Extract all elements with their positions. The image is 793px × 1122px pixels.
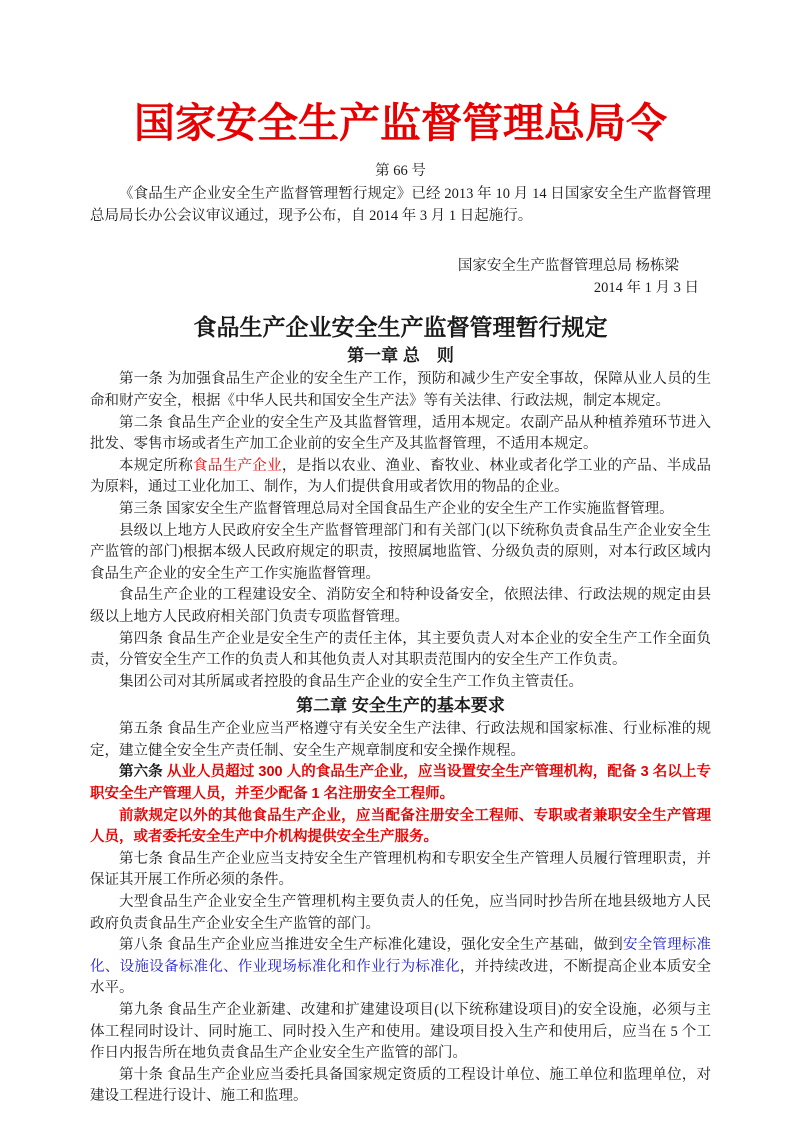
paragraph: 第五条 食品生产企业应当严格遵守有关安全生产法律、行政法规和国家标准、行业标准的… [90,719,711,762]
paragraph: 集团公司对其所属或者控股的食品生产企业的安全生产工作负主管责任。 [90,672,711,694]
body-text: 第三条 国家安全生产监督管理总局对全国食品生产企业的安全生产工作实施监督管理。 [119,501,674,517]
body-text: 第八条 食品生产企业应当推进安全生产标准化建设，强化安全生产基础，做到 [119,937,623,953]
body-text: 大型食品生产企业安全生产管理机构主要负责人的任免，应当同时抄告所在地县级地方人民… [90,894,711,932]
body-text: 第七条 食品生产企业应当支持安全生产管理机构和专职安全生产管理人员履行管理职责，… [90,851,711,889]
paragraph: 本规定所称食品生产企业，是指以农业、渔业、畜牧业、林业或者化学工业的产品、半成品… [90,456,711,499]
chapter-heading: 第二章 安全生产的基本要求 [90,694,711,718]
regulation-title: 食品生产企业安全生产监督管理暂行规定 [90,311,711,343]
paragraph: 前款规定以外的其他食品生产企业，应当配备注册安全工程师、专职或者兼职安全生产管理… [90,806,711,849]
decree-order-number: 第 66 号 [90,160,711,182]
body-text: 第一条 为加强食品生产企业的安全生产工作，预防和减少生产安全事故，保障从业人员的… [90,371,711,409]
highlighted-text: 从业人员超过 300 人的食品生产企业，应当设置安全生产管理机构，配备 3 名以… [90,764,711,802]
article-label: 第六条 [119,764,167,780]
body-text: 第五条 食品生产企业应当严格遵守有关安全生产法律、行政法规和国家标准、行业标准的… [90,721,711,759]
signature-line: 国家安全生产监督管理总局 杨栋梁 [90,256,711,278]
paragraph: 第一条 为加强食品生产企业的安全生产工作，预防和减少生产安全事故，保障从业人员的… [90,369,711,412]
body-text: 集团公司对其所属或者控股的食品生产企业的安全生产工作负主管责任。 [119,674,583,690]
body-text: 第十条 食品生产企业应当委托具备国家规定资质的工程设计单位、施工单位和监理单位，… [90,1067,711,1105]
signature-date: 2014 年 1 月 3 日 [90,278,711,300]
highlighted-term: 食品生产企业 [193,458,282,474]
paragraph: 食品生产企业的工程建设安全、消防安全和特种设备安全，依照法律、行政法规的规定由县… [90,585,711,628]
paragraph: 县级以上地方人民政府安全生产监督管理部门和有关部门(以下统称负责食品生产企业安全… [90,521,711,586]
document-body: 第一章 总 则第一条 为加强食品生产企业的安全生产工作，预防和减少生产安全事故，… [90,344,711,1108]
paragraph: 第十条 食品生产企业应当委托具备国家规定资质的工程设计单位、施工单位和监理单位，… [90,1065,711,1108]
chapter-heading: 第一章 总 则 [90,344,711,368]
decree-title: 国家安全生产监督管理总局令 [90,92,711,154]
body-text: 第四条 食品生产企业是安全生产的责任主体，其主要负责人对本企业的安全生产工作全面… [90,631,711,669]
paragraph: 第九条 食品生产企业新建、改建和扩建建设项目(以下统称建设项目)的安全设施，必须… [90,1000,711,1065]
highlighted-text: 前款规定以外的其他食品生产企业，应当配备注册安全工程师、专职或者兼职安全生产管理… [90,808,711,846]
body-text: 第二条 食品生产企业的安全生产及其监督管理，适用本规定。农副产品从种植养殖环节进… [90,415,711,453]
paragraph: 第二条 食品生产企业的安全生产及其监督管理，适用本规定。农副产品从种植养殖环节进… [90,413,711,456]
document-content: 国家安全生产监督管理总局令 第 66 号 《食品生产企业安全生产监督管理暂行规定… [0,92,793,1108]
body-text: 县级以上地方人民政府安全生产监督管理部门和有关部门(以下统称负责食品生产企业安全… [90,523,711,582]
paragraph: 第三条 国家安全生产监督管理总局对全国食品生产企业的安全生产工作实施监督管理。 [90,499,711,521]
paragraph: 第八条 食品生产企业应当推进安全生产标准化建设，强化安全生产基础，做到安全管理标… [90,935,711,1000]
paragraph: 第六条 从业人员超过 300 人的食品生产企业，应当设置安全生产管理机构，配备 … [90,762,711,805]
paragraph: 第七条 食品生产企业应当支持安全生产管理机构和专职安全生产管理人员履行管理职责，… [90,849,711,892]
paragraph: 大型食品生产企业安全生产管理机构主要负责人的任免，应当同时抄告所在地县级地方人民… [90,892,711,935]
body-text: 第九条 食品生产企业新建、改建和扩建建设项目(以下统称建设项目)的安全设施，必须… [90,1002,711,1061]
decree-intro-paragraph: 《食品生产企业安全生产监督管理暂行规定》已经 2013 年 10 月 14 日国… [90,184,711,227]
paragraph: 第四条 食品生产企业是安全生产的责任主体，其主要负责人对本企业的安全生产工作全面… [90,629,711,672]
body-text: 食品生产企业的工程建设安全、消防安全和特种设备安全，依照法律、行政法规的规定由县… [90,587,711,625]
body-text: 本规定所称 [119,458,193,474]
document-page: 国家安全生产监督管理总局令 第 66 号 《食品生产企业安全生产监督管理暂行规定… [0,0,793,1122]
signature-block: 国家安全生产监督管理总局 杨栋梁 2014 年 1 月 3 日 [90,256,711,299]
